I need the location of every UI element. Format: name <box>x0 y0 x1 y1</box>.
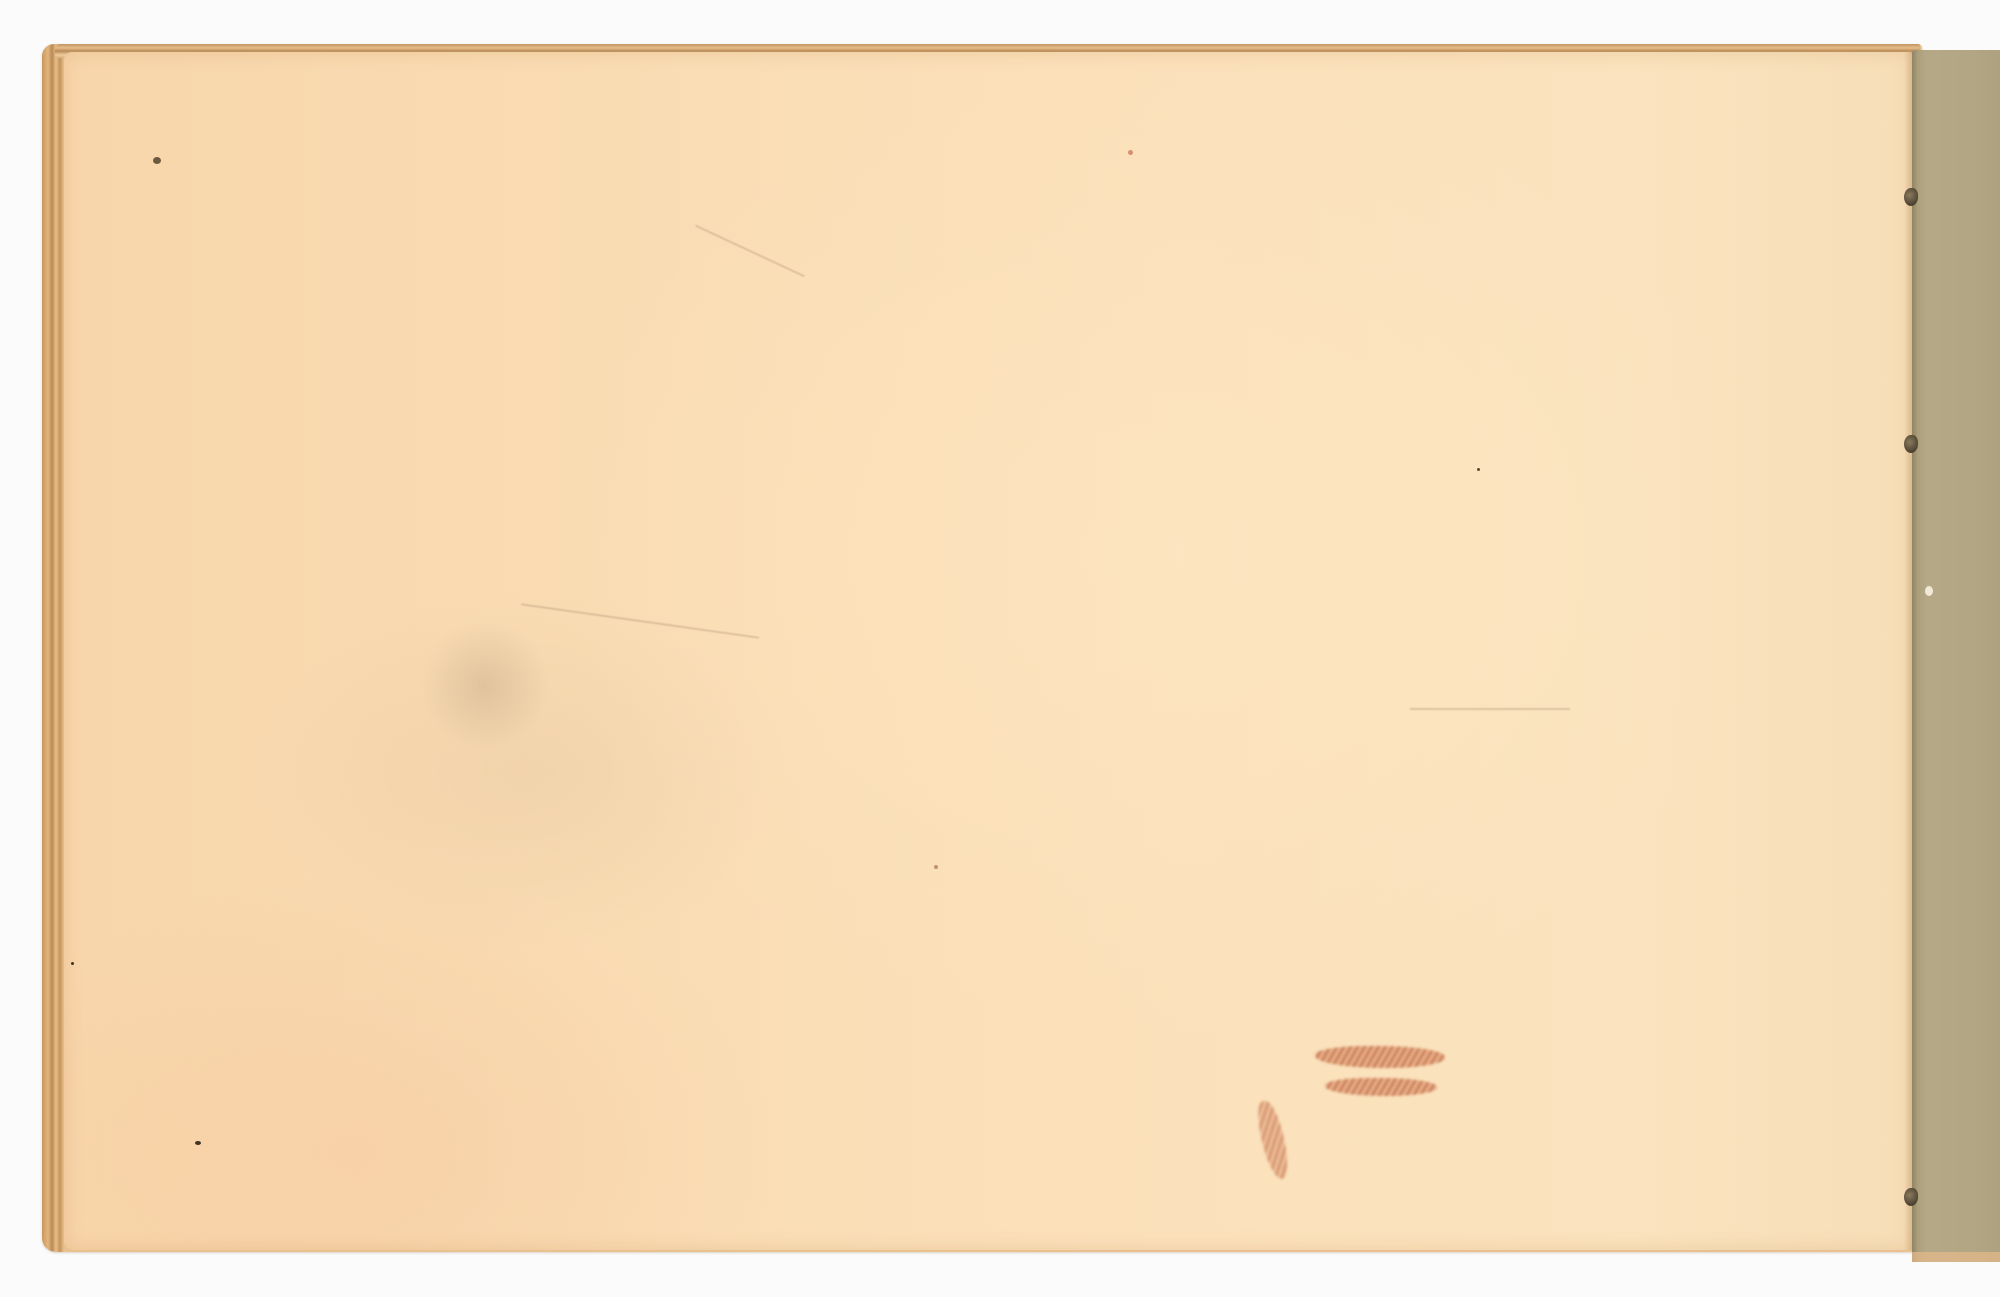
notebook-cover <box>1912 50 2000 1262</box>
paper-speck <box>153 157 161 164</box>
staple <box>1904 188 1918 206</box>
page-gutter-shadow <box>1904 52 1912 1250</box>
staple <box>1904 1188 1918 1206</box>
staple <box>1904 435 1918 453</box>
pencil-smudge <box>420 620 550 750</box>
paper-speck <box>1925 586 1933 596</box>
notebook-page <box>64 52 1912 1250</box>
paper-speck <box>1477 468 1480 471</box>
next-page-edge <box>1912 1252 2000 1262</box>
faint-pencil-line <box>1410 708 1570 710</box>
paper-speck <box>195 1141 201 1145</box>
paper-speck <box>71 962 74 965</box>
paper-speck <box>1128 150 1133 155</box>
paper-speck <box>934 865 938 869</box>
photo-scene <box>0 0 2000 1297</box>
